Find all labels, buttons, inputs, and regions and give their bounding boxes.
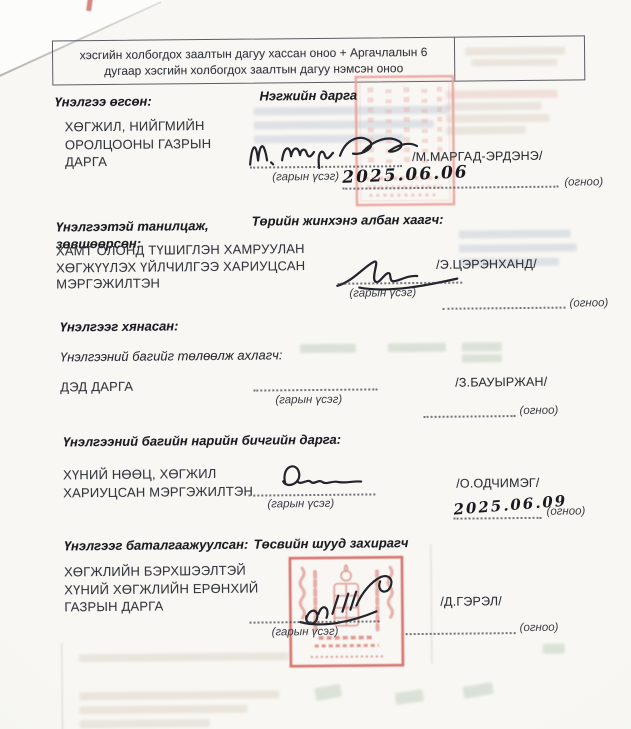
section5-role-title: Төсвийн шууд захирагч bbox=[254, 535, 409, 551]
bleedthrough-ghost bbox=[430, 544, 433, 664]
signature-caption: (гарын үсэг) bbox=[272, 171, 339, 184]
bleedthrough-ghost bbox=[314, 684, 342, 702]
section3-signatory-name: /З.БАУЫРЖАН/ bbox=[455, 375, 547, 390]
bleedthrough-ghost bbox=[388, 343, 446, 353]
section4-position-title: ХҮНИЙ НӨӨЦ, ХӨГЖИЛ ХАРИУЦСАН МЭРГЭЖИЛТЭН bbox=[63, 464, 275, 501]
score-note-empty-cell bbox=[455, 36, 584, 80]
section3-position-title: ДЭД ДАРГА bbox=[60, 378, 133, 396]
section4-heading: Үнэлгээний багийн нарийн бичгийн дарга: bbox=[63, 432, 341, 450]
signature-dotted-line bbox=[253, 388, 377, 391]
bleedthrough-ghost bbox=[445, 90, 557, 99]
bleedthrough-ghost bbox=[79, 705, 247, 715]
section1-heading: Үнэлгээ өгсөн: bbox=[54, 94, 151, 110]
bleedthrough-ghost bbox=[462, 354, 502, 362]
section3-subheading: Үнэлгээний багийг төлөөлж ахлагч: bbox=[60, 347, 283, 364]
bleedthrough-ghost bbox=[79, 719, 209, 728]
bleedthrough-ghost bbox=[462, 682, 494, 699]
bleedthrough-ghost bbox=[446, 114, 550, 123]
date-dotted-line bbox=[454, 517, 542, 520]
bleedthrough-ghost bbox=[446, 102, 542, 111]
bleedthrough-ghost bbox=[462, 342, 502, 351]
section1-signatory-name: /М.МАРГАД-ЭРДЭНЭ/ bbox=[412, 149, 543, 164]
section2-role-title: Төрийн жинхэнэ албан хаагч: bbox=[252, 212, 444, 229]
date-caption: (огноо) bbox=[569, 297, 608, 309]
date-caption: (огноо) bbox=[520, 622, 559, 634]
bleedthrough-ghost bbox=[395, 689, 424, 705]
date-caption: (огноо) bbox=[519, 405, 558, 417]
section5-heading: Үнэлгээг баталгаажуулсан: bbox=[64, 537, 249, 554]
signature-caption: (гарын үсэг) bbox=[272, 626, 339, 639]
signature-caption: (гарын үсэг) bbox=[349, 287, 416, 300]
date-caption: (огноо) bbox=[546, 505, 585, 517]
date-caption: (огноо) bbox=[564, 176, 603, 188]
section2-signatory-name: /Э.ЦЭРЭНХАНД/ bbox=[436, 257, 537, 272]
date-dotted-line bbox=[443, 307, 566, 310]
bleedthrough-ghost bbox=[543, 644, 565, 654]
signature-caption: (гарын үсэг) bbox=[275, 394, 342, 407]
section1-role-title: Нэгжийн дарга bbox=[259, 88, 357, 104]
signature-scribble bbox=[292, 565, 398, 628]
section4-signatory-name: /О.ОДЧИМЭГ/ bbox=[456, 476, 539, 491]
bleedthrough-ghost bbox=[79, 652, 289, 662]
section2-position-title: ХАМТ ОЛОНД ТҮШИГЛЭН ХАМРУУЛАН ХӨГЖҮҮЛЭХ … bbox=[56, 241, 324, 293]
scanned-document-page: хэсгийн холбогдох заалтын дагуу хассан о… bbox=[0, 0, 631, 729]
section5-signatory-name: /Д.ГЭРЭЛ/ bbox=[440, 594, 502, 609]
bleedthrough-ghost bbox=[446, 126, 526, 135]
date-dotted-line bbox=[406, 632, 516, 635]
bleedthrough-ghost bbox=[459, 230, 571, 239]
bleedthrough-ghost bbox=[61, 642, 64, 729]
bleedthrough-ghost bbox=[300, 344, 356, 354]
signature-scribble bbox=[263, 454, 368, 497]
bleedthrough-ghost bbox=[459, 243, 577, 252]
score-note-text: хэсгийн холбогдох заалтын дагуу хассан о… bbox=[67, 43, 440, 79]
document-content: хэсгийн холбогдох заалтын дагуу хассан о… bbox=[0, 0, 631, 729]
section5-position-title: ХӨГЖЛИЙН БЭРХШЭЭЛТЭЙ ХҮНИЙ ХӨГЖЛИЙН ЕРӨН… bbox=[64, 561, 282, 616]
date-dotted-line bbox=[424, 415, 516, 418]
signature-caption: (гарын үсэг) bbox=[267, 498, 334, 511]
section3-heading: Үнэлгээг хянасан: bbox=[60, 318, 179, 334]
bleedthrough-ghost bbox=[79, 690, 279, 700]
section1-position-title: ХӨГЖИЛ, НИЙГМИЙН ОРОЛЦООНЫ ГАЗРЫН ДАРГА bbox=[65, 117, 237, 171]
score-note-table: хэсгийн холбогдох заалтын дагуу хассан о… bbox=[52, 35, 585, 85]
